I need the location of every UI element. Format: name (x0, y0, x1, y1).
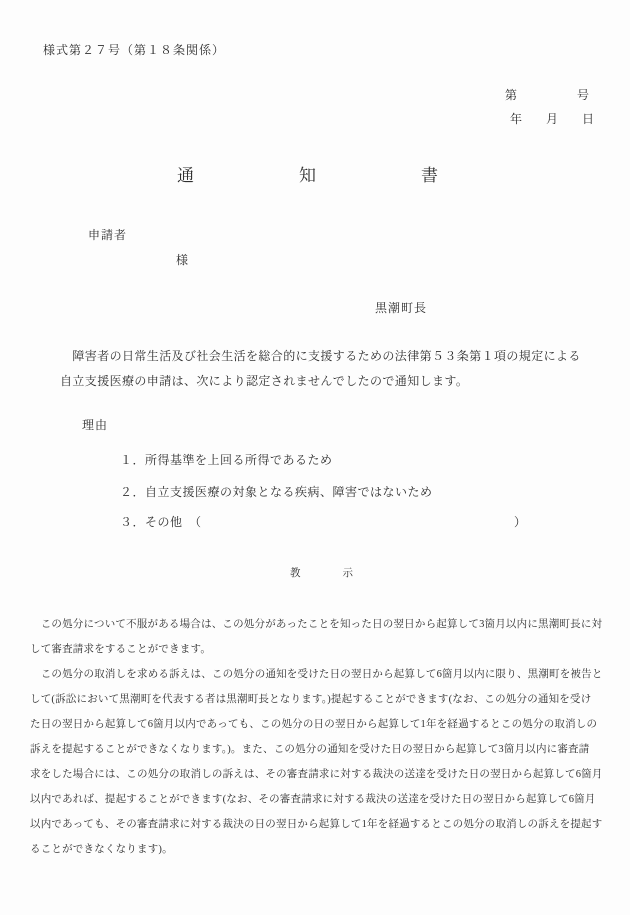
instruction-section: この処分について不服がある場合は、この処分があったことを知った日の翌日から起算し… (30, 612, 625, 862)
document-number-line: 第 号 (505, 86, 589, 103)
instruction-heading: 教 示 (290, 565, 353, 580)
reason-item-1: １．所得基準を上回る所得であるため (120, 451, 333, 468)
reason-item-3: ３．その他 （ ） (120, 513, 527, 530)
instruction-paragraph-2: この処分の取消しを求める訴えは、この処分の通知を受けた日の翌日から起算して6箇月… (30, 662, 625, 862)
issuer-name: 黒潮町長 (375, 299, 427, 316)
instruction-paragraph-1: この処分について不服がある場合は、この処分があったことを知った日の翌日から起算し… (30, 612, 625, 662)
notification-body: 障害者の日常生活及び社会生活を総合的に支援するための法律第５３条第１項の規定によ… (60, 344, 620, 394)
form-number: 様式第２７号（第１８条関係） (43, 41, 225, 58)
applicant-honorific: 様 (176, 251, 188, 268)
document-title: 通知書 (177, 161, 543, 186)
document-page: 様式第２７号（第１８条関係） 第 号 年 月 日 通知書 申請者 様 黒潮町長 … (0, 0, 630, 915)
document-date-line: 年 月 日 (510, 110, 594, 127)
reason-item-2: ２．自立支援医療の対象となる疾病、障害ではないため (120, 483, 433, 500)
applicant-label: 申請者 (88, 226, 127, 243)
reason-label: 理由 (82, 416, 108, 433)
